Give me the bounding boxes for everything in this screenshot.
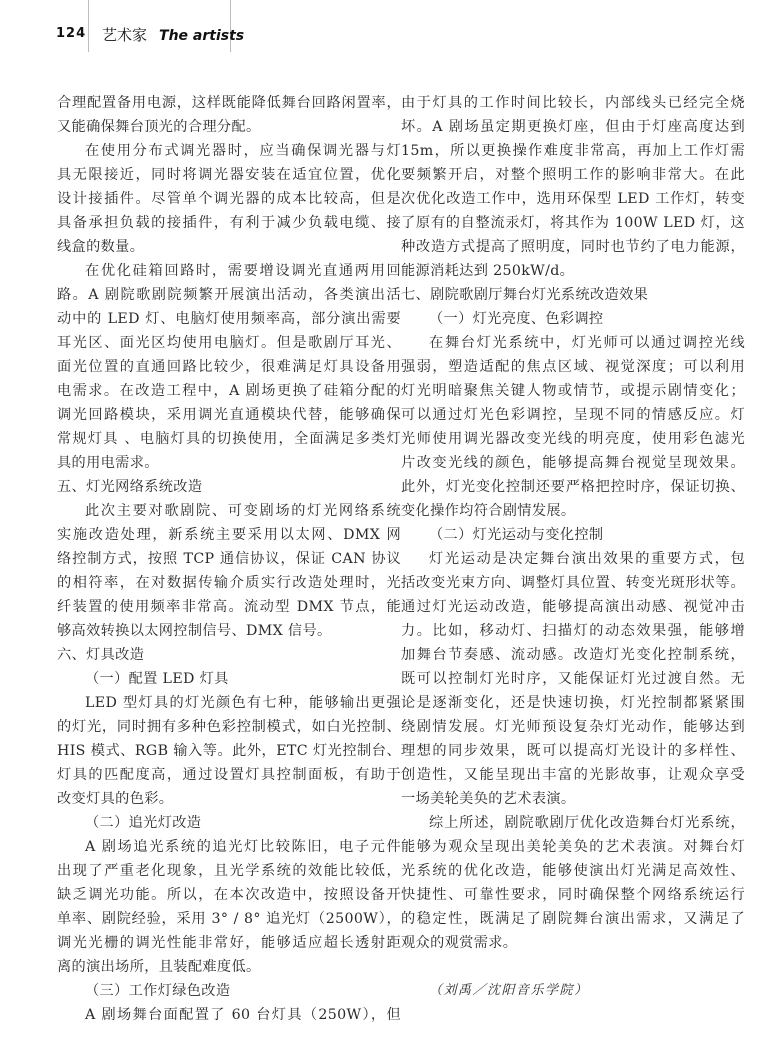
paragraph-first-line: 此次主要对歌剧院、可变剧场的灯光网络系统 bbox=[57, 499, 401, 523]
text-line: 光系统的优化改造，能够使演出灯光满足高效性、 bbox=[401, 859, 745, 883]
section-heading: 六、灯具改造 bbox=[57, 643, 401, 667]
author-attribution: （刘禹／沈阳音乐学院） bbox=[401, 979, 745, 1003]
text-line: 设计接插件。尽管单个调光器的成本比较高，但是 bbox=[57, 187, 401, 211]
text-line: 种改造方式提高了照明度，同时也节约了电力能源， bbox=[401, 235, 745, 259]
text-line: 的稳定性，既满足了剧院舞台演出需求，又满足了 bbox=[401, 907, 745, 931]
subsection-heading: （一）灯光亮度、色彩调控 bbox=[401, 307, 745, 331]
text-line: 路。A 剧院歌剧院频繁开展演出活动，各类演出活 bbox=[57, 283, 401, 307]
text-line: 改变灯具的色彩。 bbox=[57, 787, 401, 811]
text-line: 纤装置的使用频率非常高。流动型 DMX 节点，能 bbox=[57, 595, 401, 619]
text-line: 15m，所以更换操作难度非常高，再加上工作灯需 bbox=[401, 139, 745, 163]
text-line: 力。比如，移动灯、扫描灯的动态效果强，能够增 bbox=[401, 619, 745, 643]
text-line: 调光回路模块，采用调光直通模块代替，能够确保 bbox=[57, 403, 401, 427]
header-divider-left bbox=[88, 0, 89, 52]
text-line: 络控制方式，按照 TCP 通信协议，保证 CAN 协议 bbox=[57, 547, 401, 571]
text-line: 的灯光，同时拥有多种色彩控制模式，如白光控制、 bbox=[57, 715, 401, 739]
text-line: 动中的 LED 灯、电脑灯使用频率高，部分演出需要 bbox=[57, 307, 401, 331]
text-line: 调光光栅的调光性能非常好，能够适应超长透射距 bbox=[57, 931, 401, 955]
text-line: 够高效转换以太网控制信号、DMX 信号。 bbox=[57, 619, 401, 643]
paragraph-first-line: A 剧场舞台面配置了 60 台灯具（250W），但 bbox=[57, 1003, 401, 1027]
text-line: 此外，灯光变化控制还要严格把控时序，保证切换、 bbox=[401, 475, 745, 499]
paragraph-first-line: 在舞台灯光系统中，灯光师可以通过调控光线 bbox=[401, 331, 745, 355]
text-line: 次优化改造工作中，选用环保型 LED 工作灯，转变 bbox=[401, 187, 745, 211]
text-line: 合理配置备用电源，这样既能降低舞台回路闲置率， bbox=[57, 91, 401, 115]
text-line: 具无限接近，同时将调光器安装在适宜位置，优化 bbox=[57, 163, 401, 187]
paragraph-first-line: 灯光运动是决定舞台演出效果的重要方式，包 bbox=[401, 547, 745, 571]
text-line: 观众的观赏需求。 bbox=[401, 931, 745, 955]
text-line: 电需求。在改造工程中，A 剧场更换了硅箱分配的 bbox=[57, 379, 401, 403]
paragraph-first-line: 在优化硅箱回路时，需要增设调光直通两用回 bbox=[57, 259, 401, 283]
section-heading: 五、灯光网络系统改造 bbox=[57, 475, 401, 499]
text-line: 离的演出场所，且装配难度低。 bbox=[57, 955, 401, 979]
text-line: 绕剧情发展。灯光师预设复杂灯光动作，能够达到 bbox=[401, 715, 745, 739]
text-line: 能够为观众呈现出美轮美奂的艺术表演。对舞台灯 bbox=[401, 835, 745, 859]
text-line: 片改变光线的颜色，能够提高舞台视觉呈现效果。 bbox=[401, 451, 745, 475]
paragraph-first-line: 在使用分布式调光器时，应当确保调光器与灯 bbox=[57, 139, 401, 163]
text-line: 了原有的自整流汞灯，将其作为 100W LED 灯，这 bbox=[401, 211, 745, 235]
text-line: 论是逐渐变化，还是快速切换，灯光控制都紧紧围 bbox=[401, 691, 745, 715]
article-column-left: 合理配置备用电源，这样既能降低舞台回路闲置率，又能确保舞台顶光的合理分配。在使用… bbox=[57, 91, 401, 1027]
text-line: 的相符率，在对数据传输介质实行改造处理时，光 bbox=[57, 571, 401, 595]
section-heading: 七、剧院歌剧厅舞台灯光系统改造效果 bbox=[401, 283, 745, 307]
text-line: 出现了严重老化现象，且光学系统的效能比较低， bbox=[57, 859, 401, 883]
text-line: 实施改造处理，新系统主要采用以太网、DMX 网 bbox=[57, 523, 401, 547]
text-line: 既可以控制灯光时序，又能保证灯光过渡自然。无 bbox=[401, 667, 745, 691]
page-header: 124 艺术家The artists bbox=[0, 0, 770, 56]
subsection-heading: （二）追光灯改造 bbox=[57, 811, 401, 835]
text-line: 又能确保舞台顶光的合理分配。 bbox=[57, 115, 401, 139]
text-line: 单率、剧院经验，采用 3° / 8° 追光灯（2500W）， bbox=[57, 907, 401, 931]
text-line: 变化操作均符合剧情发展。 bbox=[401, 499, 745, 523]
text-line: 光师使用调光器改变光线的明亮度，使用彩色滤光 bbox=[401, 427, 745, 451]
text-line: HIS 模式、RGB 输入等。此外，ETC 灯光控制台、 bbox=[57, 739, 401, 763]
running-title: 艺术家The artists bbox=[102, 24, 244, 45]
paragraph-first-line: LED 型灯具的灯光颜色有七种，能够输出更强 bbox=[57, 691, 401, 715]
page-number: 124 bbox=[56, 26, 86, 41]
text-line: 具备承担负载的接插件，有利于减少负载电缆、接 bbox=[57, 211, 401, 235]
text-line: 加舞台节奏感、流动感。改造灯光变化控制系统， bbox=[401, 643, 745, 667]
text-line: 常规灯具 、电脑灯具的切换使用，全面满足多类灯 bbox=[57, 427, 401, 451]
text-line: 要频繁开启，对整个照明工作的影响非常大。在此 bbox=[401, 163, 745, 187]
text-line: 灯具的匹配度高，通过设置灯具控制面板，有助于 bbox=[57, 763, 401, 787]
text-line: 可以通过灯光色彩调控，呈现不同的情感反应。灯 bbox=[401, 403, 745, 427]
text-line: 坏。A 剧场虽定期更换灯座，但由于灯座高度达到 bbox=[401, 115, 745, 139]
article-column-right: 由于灯具的工作时间比较长，内部线头已经完全烧坏。A 剧场虽定期更换灯座，但由于灯… bbox=[401, 91, 745, 1003]
magazine-title-en: The artists bbox=[159, 28, 244, 44]
paragraph-first-line: A 剧场追光系统的追光灯比较陈旧，电子元件 bbox=[57, 835, 401, 859]
text-line: 理想的同步效果，既可以提高灯光设计的多样性、 bbox=[401, 739, 745, 763]
text-line: 线盒的数量。 bbox=[57, 235, 401, 259]
text-line: 能源消耗达到 250kW/d。 bbox=[401, 259, 745, 283]
text-line: 快捷性、可靠性要求，同时确保整个网络系统运行 bbox=[401, 883, 745, 907]
magazine-title-cn: 艺术家 bbox=[102, 26, 147, 44]
text-line: 通过灯光运动改造，能够提高演出动感、视觉冲击 bbox=[401, 595, 745, 619]
subsection-heading: （二）灯光运动与变化控制 bbox=[401, 523, 745, 547]
text-line: 由于灯具的工作时间比较长，内部线头已经完全烧 bbox=[401, 91, 745, 115]
text-line: 括改变光束方向、调整灯具位置、转变光斑形状等。 bbox=[401, 571, 745, 595]
text-line: 具的用电需求。 bbox=[57, 451, 401, 475]
text-line: 强弱，塑造适配的焦点区域、视觉深度；可以利用 bbox=[401, 355, 745, 379]
text-line: 缺乏调光功能。所以，在本次改造中，按照设备开 bbox=[57, 883, 401, 907]
paragraph-first-line: 综上所述，剧院歌剧厅优化改造舞台灯光系统， bbox=[401, 811, 745, 835]
text-line: 创造性，又能呈现出丰富的光影故事，让观众享受 bbox=[401, 763, 745, 787]
text-line: 面光位置的直通回路比较少，很难满足灯具设备用 bbox=[57, 355, 401, 379]
text-line: 灯光明暗聚焦关键人物或情节，或提示剧情变化； bbox=[401, 379, 745, 403]
subsection-heading: （三）工作灯绿色改造 bbox=[57, 979, 401, 1003]
subsection-heading: （一）配置 LED 灯具 bbox=[57, 667, 401, 691]
text-line: 耳光区、面光区均使用电脑灯。但是歌剧厅耳光、 bbox=[57, 331, 401, 355]
text-line: 一场美轮美奂的艺术表演。 bbox=[401, 787, 745, 811]
